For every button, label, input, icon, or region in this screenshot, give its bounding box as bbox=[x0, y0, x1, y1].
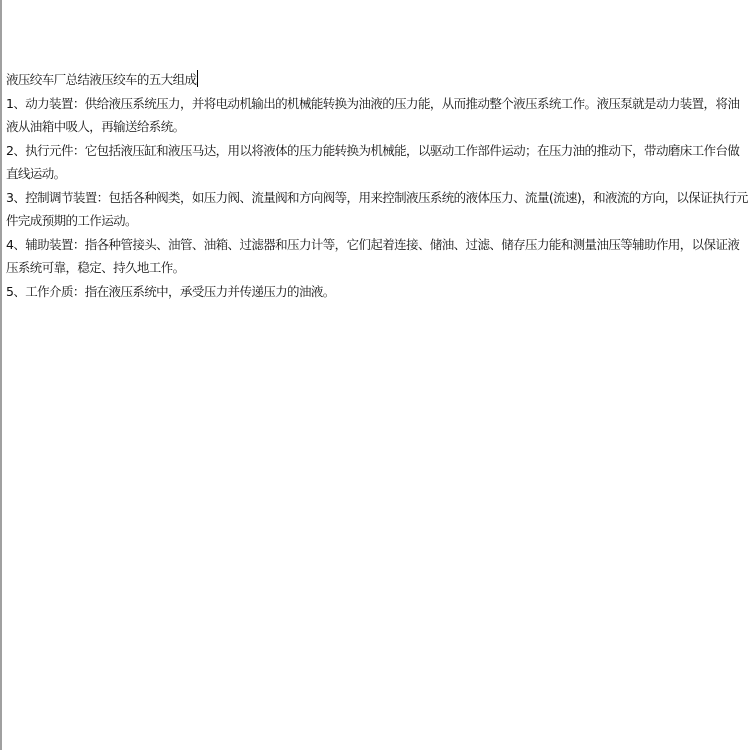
paragraph-actuator: 2、执行元件：它包括液压缸和液压马达，用以将液体的压力能转换为机械能，以驱动工作… bbox=[6, 139, 750, 186]
paragraph-working-medium: 5、工作介质：指在液压系统中，承受压力并传递压力的油液。 bbox=[6, 280, 750, 304]
document-title: 液压绞车厂总结液压绞车的五大组成 bbox=[6, 72, 196, 87]
document-title-line: 液压绞车厂总结液压绞车的五大组成 bbox=[6, 68, 750, 92]
text-cursor bbox=[197, 70, 198, 87]
text-editor[interactable]: 液压绞车厂总结液压绞车的五大组成 1、动力装置：供给液压系统压力，并将电动机输出… bbox=[0, 0, 750, 750]
paragraph-power-unit: 1、动力装置：供给液压系统压力，并将电动机输出的机械能转换为油液的压力能，从而推… bbox=[6, 92, 750, 139]
document-body[interactable]: 液压绞车厂总结液压绞车的五大组成 1、动力装置：供给液压系统压力，并将电动机输出… bbox=[6, 68, 750, 303]
paragraph-auxiliary-unit: 4、辅助装置：指各种管接头、油管、油箱、过滤器和压力计等，它们起着连接、储油、过… bbox=[6, 233, 750, 280]
paragraph-control-unit: 3、控制调节装置：包括各种阀类，如压力阀、流量阀和方向阀等，用来控制液压系统的液… bbox=[6, 186, 750, 233]
